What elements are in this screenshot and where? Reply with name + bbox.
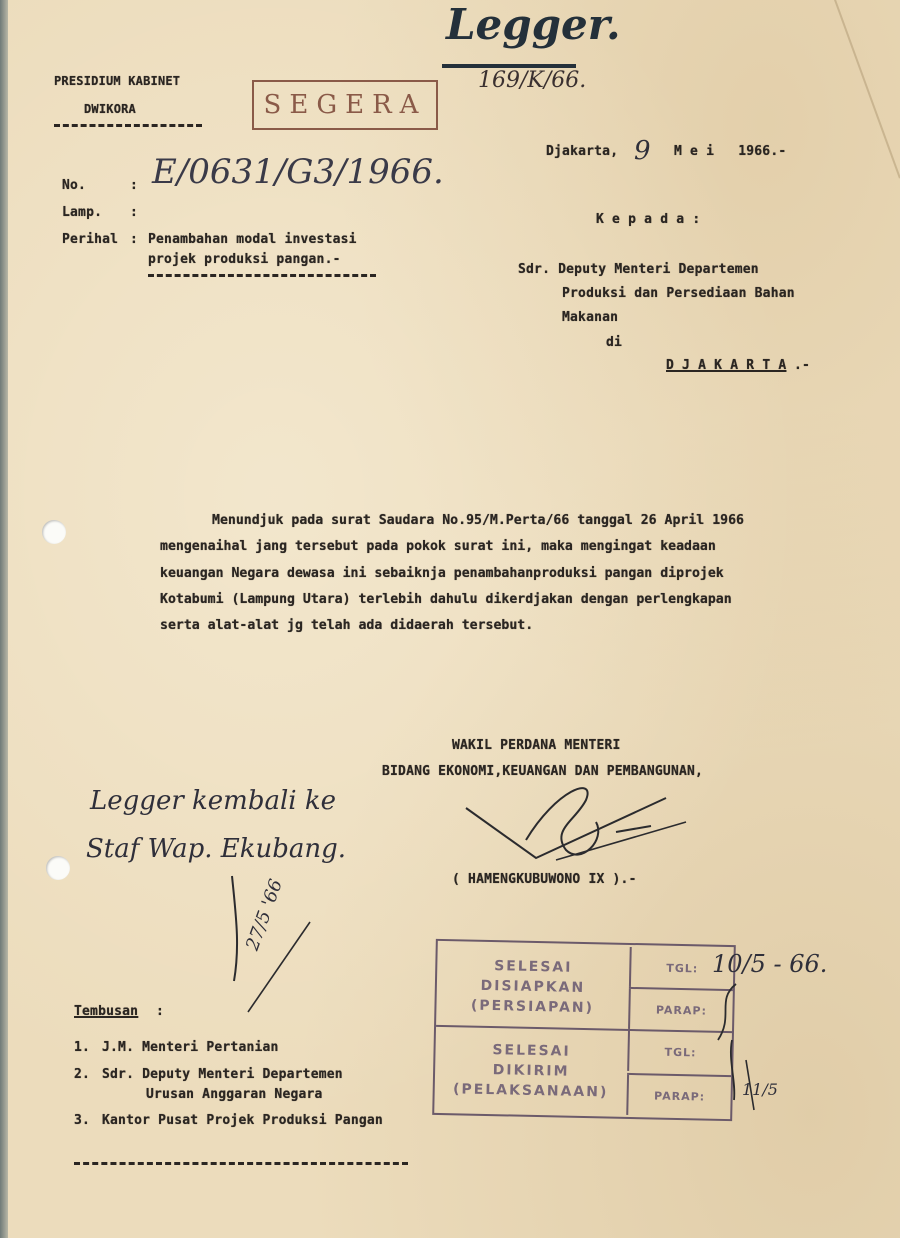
stamp-sent-block: SELESAI DIKIRIM (PELAKSANAAN) [434,1029,628,1113]
body-line: Kotabumi (Lampung Utara) terlebih dahulu… [160,587,820,613]
date-month-year: M e i 1966.- [674,144,786,159]
attachment-colon: : [130,205,138,220]
stamp-initial-date-handwritten: 11/5 [742,1080,778,1099]
copy-recipient: Sdr. Deputy Menteri Departemen [102,1067,343,1082]
signatory-title-line1: WAKIL PERDANA MENTERI [452,738,621,753]
letterhead-divider [54,124,202,127]
number-colon: : [130,178,138,193]
recipient-at: di [606,335,622,350]
copy-number: 2. [74,1067,90,1082]
subject-label: Perihal [62,232,118,247]
copy-number: 1. [74,1040,90,1055]
letterhead-line1: PRESIDIUM KABINET [54,74,180,88]
subject-colon: : [130,232,138,247]
handwritten-note-line2: Staf Wap. Ekubang. [86,834,346,864]
legger-reference: 169/K/66. [478,68,586,93]
copy-recipient: Kantor Pusat Projek Produksi Pangan [102,1113,383,1128]
number-label: No. [62,178,86,193]
place-prefix: Djakarta, [546,144,618,159]
punch-hole-upper [42,520,66,544]
letter-number-handwritten: E/0631/G3/1966. [152,152,444,192]
stamp-prepared-block: SELESAI DISIAPKAN (PERSIAPAN) [436,945,630,1029]
copies-label: Tembusan [74,1004,138,1019]
stamp-date-handwritten: 10/5 - 66. [712,950,827,978]
recipient-label: K e p a d a : [596,212,700,227]
letter-page: PRESIDIUM KABINET DWIKORA SEGERA Legger.… [6,0,900,1238]
paper-edge [0,0,8,1238]
recipient-city-suffix: .- [794,358,810,373]
body-line: serta alat-alat jg telah ada didaerah te… [160,613,820,639]
recipient-city: D J A K A R T A [666,358,786,373]
punch-hole-lower [46,856,70,880]
body-line: Menundjuk pada surat Saudara No.95/M.Per… [160,508,820,534]
stamp-text: DIKIRIM [493,1060,570,1082]
signature-mark [456,770,696,880]
signatory-name: ( HAMENGKUBUWONO IX ).- [452,872,637,887]
stamp-text: SELESAI [492,1040,571,1062]
date-day-handwritten: 9 [634,136,651,166]
subject-line1: Penambahan modal investasi [148,232,357,247]
stamp-text: (PELAKSANAAN) [453,1079,609,1102]
subject-line2: projek produksi pangan.- [148,252,341,267]
letterhead-line2: DWIKORA [84,102,136,116]
copies-colon: : [156,1004,164,1019]
body-line: keuangan Negara dewasa ini sebaiknja pen… [160,561,820,587]
handwritten-note-line1: Legger kembali ke [90,786,336,816]
copy-recipient: J.M. Menteri Pertanian [102,1040,279,1055]
stamp-text: (PERSIAPAN) [471,996,594,1019]
urgent-stamp: SEGERA [252,80,438,130]
stamp-text: DISIAPKAN [480,976,585,998]
legger-handwritten-note: Legger. [446,0,621,49]
subject-divider [148,274,376,277]
copy-number: 3. [74,1113,90,1128]
letter-body: Menundjuk pada surat Saudara No.95/M.Per… [160,508,820,639]
status-stamp: SELESAI DISIAPKAN (PERSIAPAN) SELESAI DI… [432,939,736,1121]
body-line: mengenaihal jang tersebut pada pokok sur… [160,534,820,560]
recipient-line2: Produksi dan Persediaan Bahan [562,286,795,301]
footer-divider [74,1162,408,1165]
stamp-text: SELESAI [494,956,573,978]
copy-recipient-line2: Urusan Anggaran Negara [146,1087,323,1102]
paper-crease [834,0,900,179]
recipient-line1: Sdr. Deputy Menteri Departemen [518,262,759,277]
attachment-label: Lamp. [62,205,102,220]
recipient-line3: Makanan [562,310,618,325]
